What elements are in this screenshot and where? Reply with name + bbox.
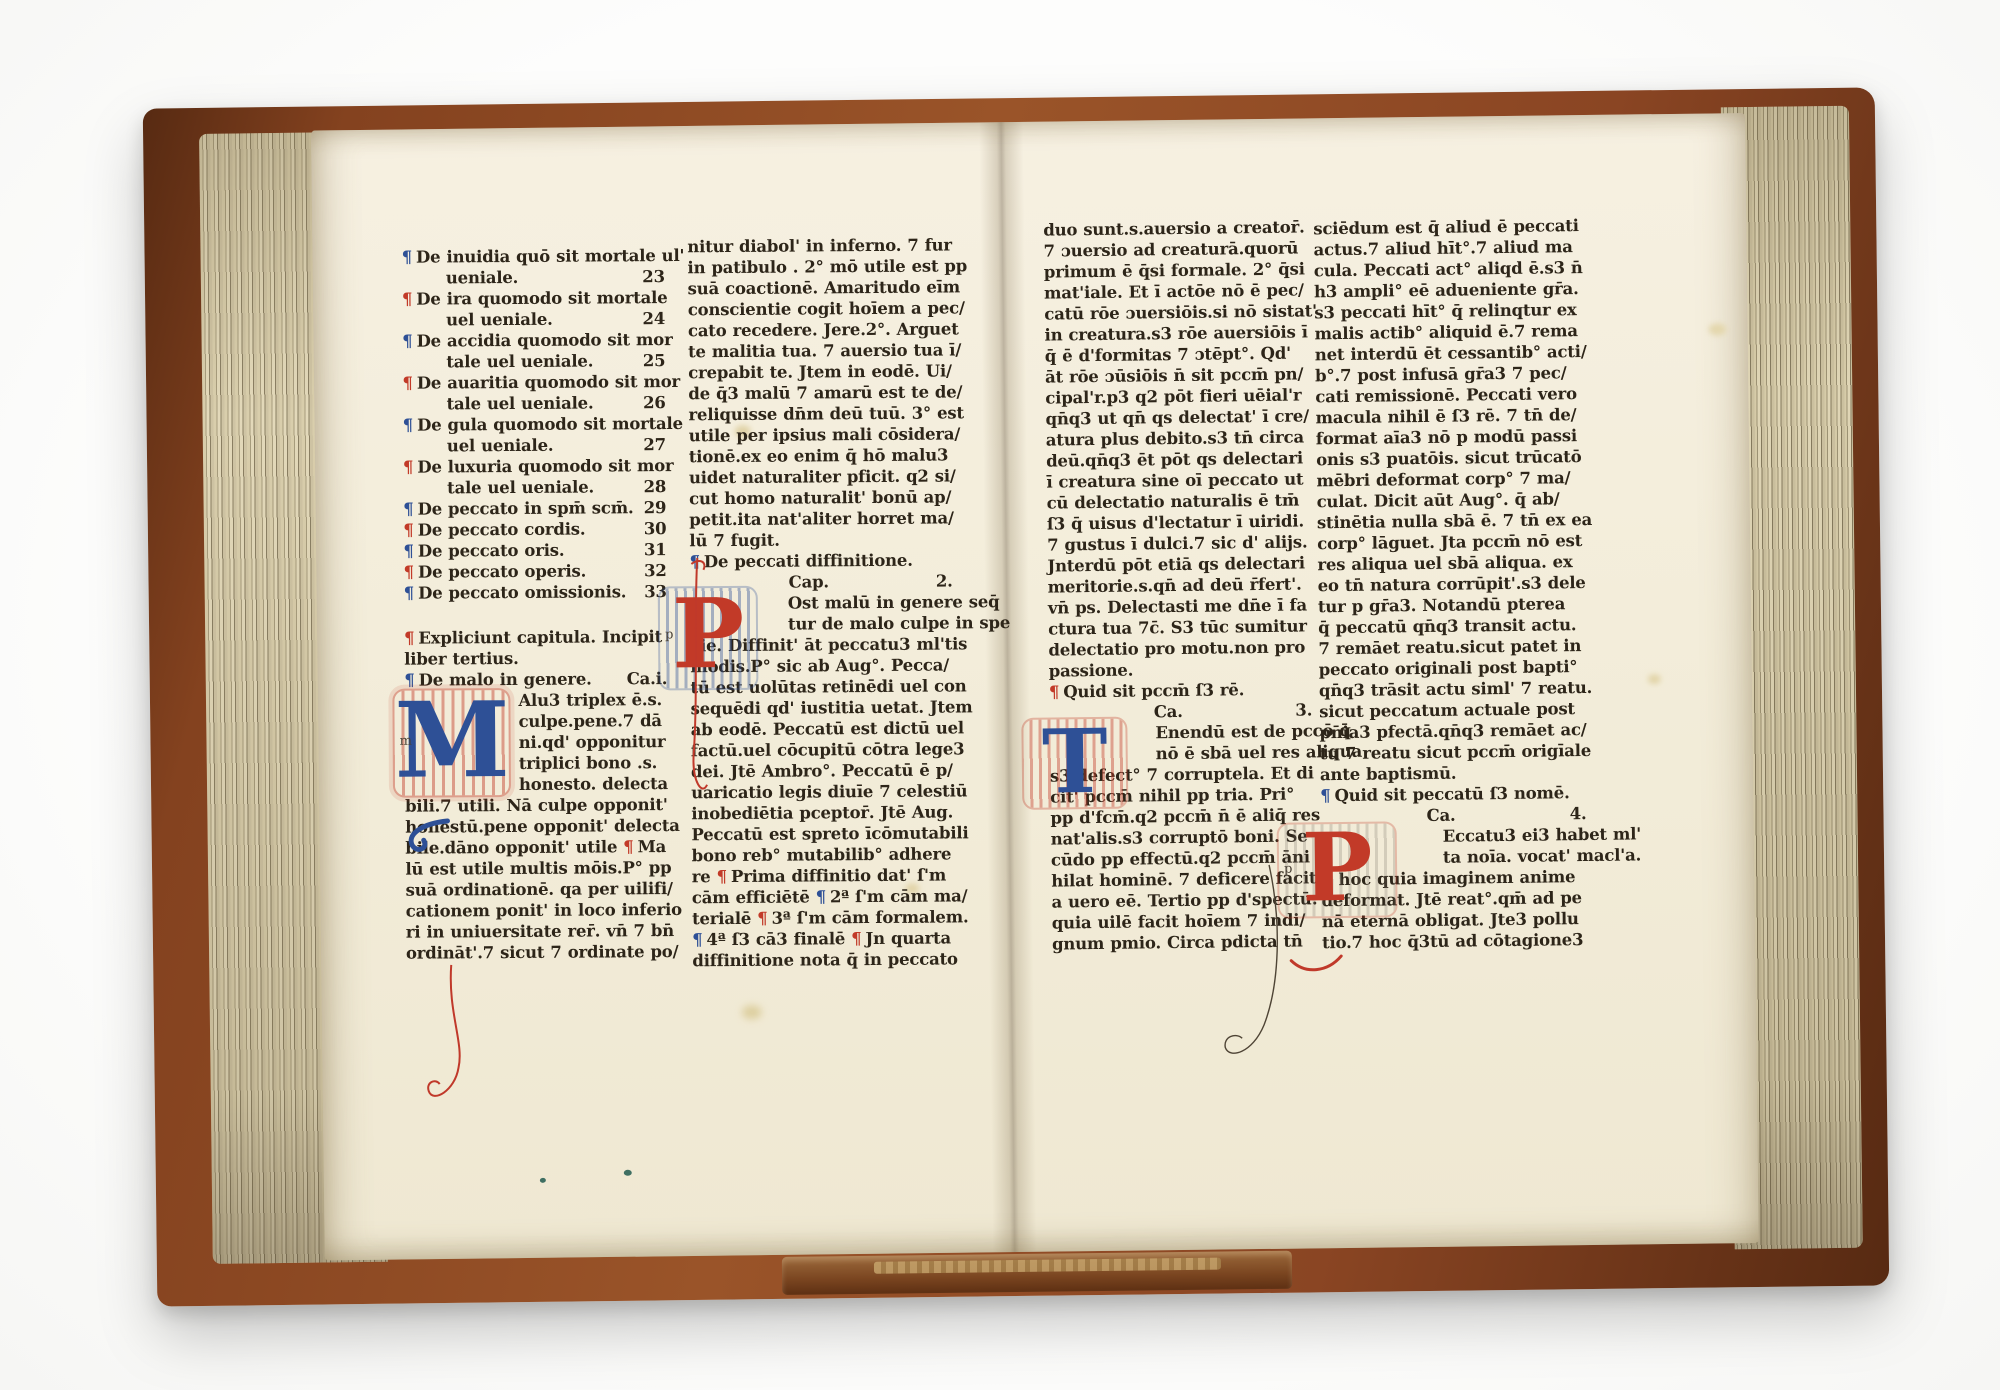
paraph-mark: ¶ [403, 416, 417, 435]
text-line: ¶De peccato cordis.30 [403, 518, 666, 541]
illuminated-initial-m: m M [394, 690, 509, 796]
paraph-mark: ¶ [402, 248, 416, 267]
text-line: tale uel ueniale.25 [402, 350, 665, 373]
text-line: bono reb° mutabilib° adhere [692, 843, 955, 866]
text-line: crepabit te. Jtem in eodē. Ui/ [688, 360, 951, 383]
paraph-mark: ¶ [404, 563, 418, 582]
text-line: ordināt'.7 sicut 7 ordinate po/ [406, 941, 669, 964]
text-line: liber tertius. [404, 647, 667, 670]
initial-letter: P [660, 588, 757, 681]
paraph-mark: ¶ [717, 867, 731, 886]
photo-background: m M ¶De inuidia quō sit mortale ul'uenia… [0, 0, 2000, 1390]
text-line: ¶De peccato omissionis.33 [404, 581, 667, 604]
text-line: uel ueniale.27 [403, 434, 666, 457]
text-line: ¶De ira quomodo sit mortale [402, 287, 665, 310]
text-line: ¶4ª ſ3 cā3 finalē ¶Jn quarta [692, 927, 955, 950]
text-line: uaricatio legis diuīe 7 celestiū [691, 780, 954, 803]
book-cover: m M ¶De inuidia quō sit mortale ul'uenia… [143, 87, 1890, 1306]
fox-spot [742, 1005, 762, 1019]
folio-number: 26 [635, 392, 666, 413]
folio-number: 4. [1562, 803, 1587, 824]
text-line: tionē.ex eo enim q̄ hō malu3 [689, 444, 952, 467]
text-line: ¶De inuidia quō sit mortale ul' [402, 245, 665, 268]
paraph-mark: ¶ [689, 552, 703, 571]
paraph-mark: ¶ [757, 909, 771, 928]
guide-letter: m [399, 692, 412, 792]
text-line: conscientie cogit hoīem a pec/ [688, 297, 951, 320]
text-line: ¶De peccato in spm̄ scm̄.29 [403, 497, 666, 520]
text-line: cato recedere. Jere.2°. Arguet [688, 318, 951, 341]
paraph-mark: ¶ [404, 584, 418, 603]
text-line: factū.uel cōcupitū cōtra lege3 [691, 738, 954, 761]
text-line: Peccatū est spreto īcōmutabili [691, 822, 954, 845]
folio-number: 28 [635, 476, 666, 497]
folio-number: 27 [635, 434, 666, 455]
text-line: petit.ita nat'aliter horret ma/ [689, 507, 952, 530]
text-line: ab eodē. Peccatū est dictū uel [691, 717, 954, 740]
ink-speck [624, 1170, 632, 1176]
text-line: ¶De luxuria quomodo sit mor [403, 455, 666, 478]
paraph-mark: ¶ [1049, 682, 1064, 701]
text-line [404, 602, 667, 628]
folio-number: 24 [634, 308, 665, 329]
folio-number: 32 [636, 560, 667, 581]
text-line: gnum pmio. Circa pdicta tn̄ [1052, 930, 1315, 954]
fox-spot [1708, 323, 1726, 335]
text-line: te malitia tua. 7 auersio tua ī/ [688, 339, 951, 362]
text-line: ueniale.23 [402, 266, 665, 289]
text-line: lū 7 fugit. [689, 528, 952, 551]
text-line: tale uel ueniale.26 [403, 392, 666, 415]
text-line: suā ordinationē. qa per uilifi/ [406, 878, 669, 901]
text-line: lū est utile multis mōis.P° pp [405, 857, 668, 880]
text-line: bile.dāno opponit' utile ¶Ma [405, 836, 668, 859]
paraph-mark: ¶ [1320, 786, 1335, 805]
text-line: ¶De peccati diffinitione. [689, 549, 952, 572]
paraph-mark: ¶ [851, 929, 865, 948]
text-line: sequēdi qd' iustitia uetat. Jtem [690, 696, 953, 719]
illuminated-initial-p: p P [1279, 823, 1396, 916]
paraph-mark: ¶ [402, 290, 416, 309]
paraph-mark: ¶ [403, 542, 417, 561]
folio-number: 2. [928, 570, 953, 591]
text-line: ri in uniuersitate rer̄. vn̄ 7 bn̄ [406, 920, 669, 943]
text-line: ¶Expliciunt capitula. Incipit [404, 626, 667, 649]
paraph-mark: ¶ [403, 521, 417, 540]
text-line: tale uel ueniale.28 [403, 476, 666, 499]
text-line: in patibulo . 2° mō utile est pp [687, 255, 950, 278]
text-column-4: p P sciēdum est q̄ aliud ē peccatiactus.… [1313, 215, 1588, 953]
paraph-mark: ¶ [402, 374, 416, 393]
text-line: suā coactionē. Amaritudo eīm [688, 276, 951, 299]
initial-letter: P [1279, 823, 1396, 912]
ink-speck [540, 1178, 546, 1183]
text-line: honestū.pene opponit' delecta [405, 815, 668, 838]
fox-spot [1648, 674, 1661, 684]
folio-number: 25 [635, 350, 666, 371]
text-line: terialē ¶3ª ſ'm cām formalem. [692, 906, 955, 929]
paraph-mark: ¶ [623, 837, 637, 856]
paraph-mark: ¶ [402, 332, 416, 351]
text-column-1: m M ¶De inuidia quō sit mortale ul'uenia… [402, 245, 669, 964]
illuminated-initial-t: T [1023, 719, 1126, 808]
text-line: uidet naturaliter pficit. q2 si/ [689, 465, 952, 488]
folio-number: 29 [636, 497, 667, 518]
paraph-mark: ¶ [692, 930, 706, 949]
paraph-mark: ¶ [403, 500, 417, 519]
text-line: cationem ponit' in loco inferio [406, 899, 669, 922]
spine-band [782, 1251, 1292, 1295]
text-line: ¶De accidia quomodo sit mor [402, 329, 665, 352]
text-line: re ¶Prima diffinitio dat' ſ'm [692, 864, 955, 887]
initial-letter: T [1023, 719, 1126, 804]
folio-number: 30 [636, 518, 667, 539]
gutter-shadow [979, 122, 1037, 1252]
illuminated-initial-p: p P [660, 588, 757, 689]
text-line: tio.7 hoc q̄3tū ad cōtagione3 [1322, 929, 1588, 953]
text-line: cām efficiētē ¶2ª ſ'm cām ma/ [692, 885, 955, 908]
guide-letter: p [1284, 826, 1293, 914]
folio-number: 23 [634, 266, 665, 287]
text-line: utile per ipsius mali cōsidera/ [689, 423, 952, 446]
text-line: dei. Jtē Ambro°. Peccatū ē p/ [691, 759, 954, 782]
text-column-3: T duo sunt.s.auersio a creator̄.7 ɔuersi… [1043, 216, 1315, 954]
text-line: ¶De peccato operis.32 [404, 560, 667, 583]
paraph-mark: ¶ [404, 629, 418, 648]
paraph-mark: ¶ [816, 887, 830, 906]
text-line: inobediētia pceptor̄. Jtē Aug. [691, 801, 954, 824]
text-line: uel ueniale.24 [402, 308, 665, 331]
text-line: ¶De auaritia quomodo sit mor [402, 371, 665, 394]
paraph-mark: ¶ [403, 458, 417, 477]
folio-number: 3. [1287, 699, 1312, 720]
text-column-2: p P nitur diabol' in inferno. 7 furin pa… [687, 234, 955, 971]
text-line: de q̄3 malū 7 amarū est te de/ [688, 381, 951, 404]
folio-number: 31 [636, 539, 667, 560]
text-line: cut homo naturalit' bonū ap/ [689, 486, 952, 509]
guide-letter: p [665, 589, 674, 681]
text-line: ¶De peccato oris.31 [403, 539, 666, 562]
text-line: nitur diabol' in inferno. 7 fur [687, 234, 950, 257]
text-line: diffinitione nota q̄ in peccato [692, 948, 955, 971]
text-line: ¶De gula quomodo sit mortale [403, 413, 666, 436]
text-line: reliquisse dn̄m deū tuū. 3° est [688, 402, 951, 425]
